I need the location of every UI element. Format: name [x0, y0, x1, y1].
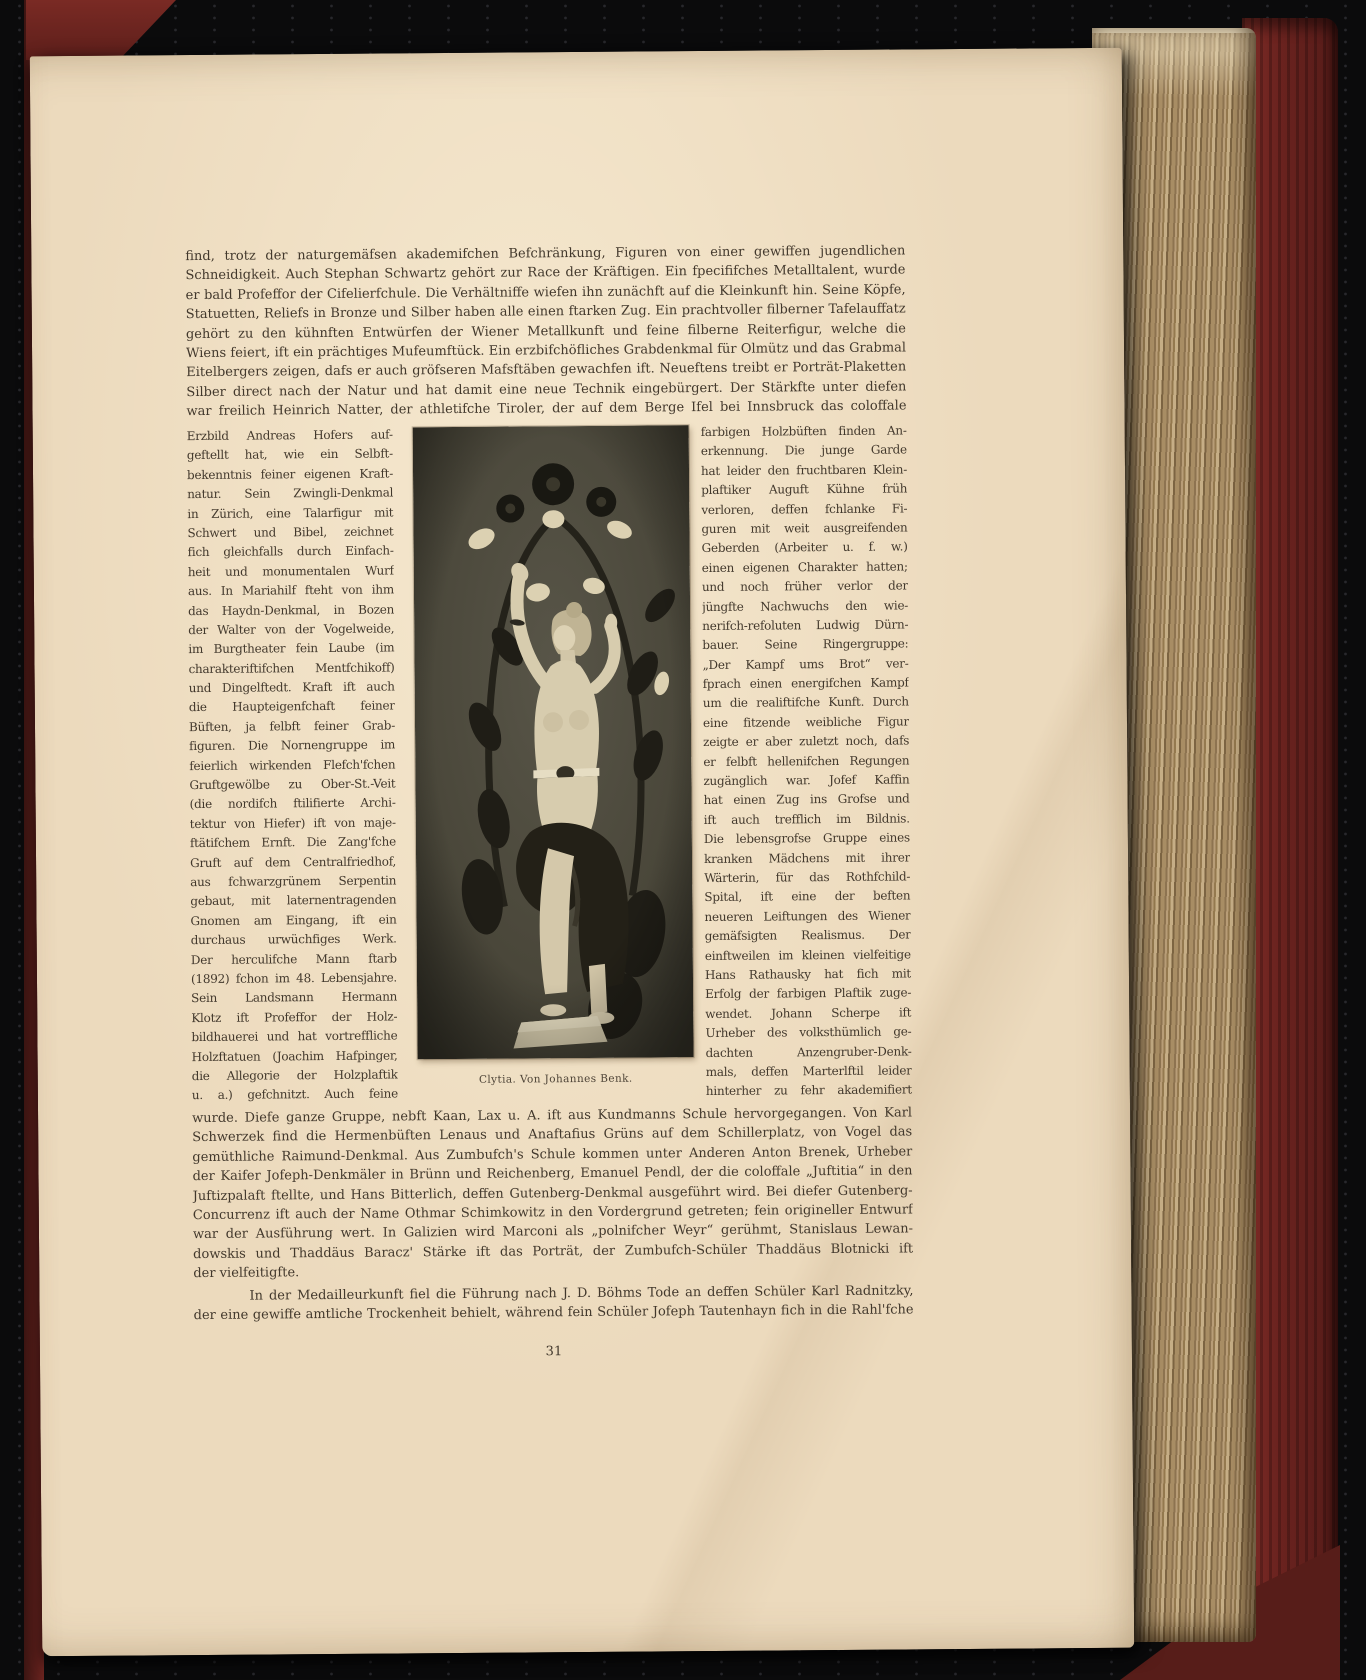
text-line: Urheber des volksthümlich ge- [705, 1023, 911, 1044]
text-line: nerifch-refoluten Ludwig Dürn- [702, 615, 908, 636]
clytia-statue-photo [413, 425, 694, 1059]
text-line: fprach einen energifchen Kampf [703, 674, 909, 695]
text-line: das Haydn-Denkmal, in Bozen [188, 600, 394, 621]
text-line: Hans Rathausky hat fich mit [705, 964, 911, 985]
figure-caption: Clytia. Von Johannes Benk. [418, 1072, 694, 1086]
text-line: erkennung. Die junge Garde [701, 441, 907, 462]
text-line: guren mit weit ausgreifenden [701, 518, 907, 539]
text-line: Holzftatuen (Joachim Hafpinger, [192, 1046, 398, 1067]
text-line: mals, deffen Marterlftil leider [706, 1061, 912, 1082]
text-line: aus fchwarzgrünem Serpentin [190, 871, 396, 892]
text-line: um die realiftifche Kunft. Durch [703, 693, 909, 714]
text-line: jüngfte Nachwuchs den wie- [702, 596, 908, 617]
text-line: Büften, ja felbft feiner Grab- [189, 716, 395, 737]
text-line: er felbft hellenifchen Regungen [703, 751, 909, 772]
text-line: feierlich wirkenden Flefch'fchen [189, 755, 395, 776]
text-line: Spital, ift eine der beften [704, 887, 910, 908]
text-line: u. a.) gefchnitzt. Auch feine [192, 1085, 398, 1106]
text-line: gebaut, mit laternentragenden [190, 891, 396, 912]
text-line: bekenntnis feiner eigenen Kraft- [187, 464, 393, 485]
text-line: charakteriftifchen Mentfchikoff) [188, 658, 394, 679]
text-line: gemäfsigten Realismus. Der [705, 926, 911, 947]
statue-figure: Clytia. Von Johannes Benk. [413, 425, 694, 1086]
text-line: eine fitzende weibliche Figur [703, 712, 909, 733]
text-line: einftweilen im kleinen vielfeitige [705, 945, 911, 966]
text-line: geftellt hat, wie ein Selbft- [187, 445, 393, 466]
text-line: aus. In Mariahilf fteht von ihm [188, 581, 394, 602]
text-line: Die lebensgrofse Gruppe eines [704, 829, 910, 850]
text-line: einen eigenen Charakter hatten; [702, 557, 908, 578]
text-line: und Dingelftedt. Kraft ift auch [189, 678, 395, 699]
book-cover-right [1242, 18, 1338, 1680]
text-line: figuren. Die Nornengruppe im [189, 736, 395, 757]
book-cover-top-left-corner [26, 0, 176, 60]
text-line: und noch früher verlor der [702, 577, 908, 598]
text-line: durchaus urwüchfiges Werk. [191, 930, 397, 951]
text-line: die Allegorie der Holzplaftik [192, 1065, 398, 1086]
text-line: Schwert und Bibel, zeichnet [187, 522, 393, 543]
right-text-column: farbigen Holzbüften finden An-erkennung.… [701, 421, 912, 1101]
text-line: tektur von Hiefer) ift von maje- [190, 813, 396, 834]
text-line: im Burgtheater fein Laube (im [188, 639, 394, 660]
text-line: ift auch trefflich im Bildnis. [704, 809, 910, 830]
left-text-column: Erzbild Andreas Hofers auf-geftellt hat,… [187, 425, 398, 1105]
text-line: der Walter von der Vogelweide, [188, 619, 394, 640]
text-line: neueren Leiftungen des Wiener [704, 906, 910, 927]
text-line: wendet. Johann Scherpe ift [705, 1003, 911, 1024]
text-line: fich gleichfalls durch Einfach- [188, 542, 394, 563]
text-line: dachten Anzengruber-Denk- [706, 1042, 912, 1063]
text-line: hat einen Zug ins Grofse und [704, 790, 910, 811]
text-line: (1892) fchon im 48. Lebensjahre. [191, 968, 397, 989]
second-paragraph: In der Medailleurkunft fiel die Führung … [193, 1281, 913, 1325]
book-page: find, trotz der naturgemäfsen akademifch… [30, 48, 1135, 1657]
text-line: Der herculifche Mann ftarb [191, 949, 397, 970]
text-line: kranken Mädchens mit ihrer [704, 848, 910, 869]
text-line: „Der Kampf ums Brot“ ver- [702, 654, 908, 675]
text-line: hinterher zu fehr akademifiert [706, 1081, 912, 1102]
text-line: in Zürich, eine Talarfigur mit [187, 503, 393, 524]
text-line: farbigen Holzbüften finden An- [701, 421, 907, 442]
text-line: heit und monumentalen Wurf [188, 561, 394, 582]
text-line: die Haupteigenfchaft feiner [189, 697, 395, 718]
text-line: Geberden (Arbeiter u. f. w.) [702, 538, 908, 559]
text-line: Erzbild Andreas Hofers auf- [187, 425, 393, 446]
text-line: plaftiker Auguft Kühne früh [701, 480, 907, 501]
bottom-paragraph: wurde. Diefe ganze Gruppe, nebft Kaan, L… [192, 1103, 913, 1283]
text-line: Wärterin, für das Rothfchild- [704, 867, 910, 888]
text-line: Gruftgewölbe zu Ober-St.-Veit [189, 774, 395, 795]
text-line: zugänglich war. Jofef Kaffin [703, 770, 909, 791]
text-line: Gruft auf dem Centralfriedhof, [190, 852, 396, 873]
text-line: bildhauerei und hat vortreffliche [191, 1027, 397, 1048]
text-line: Sein Landsmann Hermann [191, 988, 397, 1009]
photograph-backdrop: find, trotz der naturgemäfsen akademifch… [0, 0, 1366, 1680]
text-line: bauer. Seine Ringergruppe: [702, 635, 908, 656]
text-line: hat leider den fruchtbaren Klein- [701, 460, 907, 481]
page-number: 31 [194, 1341, 914, 1362]
text-line: verloren, deffen fchlanke Fi- [701, 499, 907, 520]
text-line: Klotz ift Profeffor der Holz- [191, 1007, 397, 1028]
text-line: zeigte er aber zuletzt noch, dafs [703, 732, 909, 753]
text-line: Gnomen am Eingang, ift ein [190, 910, 396, 931]
text-line: (die nordifch ftilifierte Archi- [190, 794, 396, 815]
top-paragraph: find, trotz der naturgemäfsen akademifch… [185, 241, 906, 421]
text-line: Erfolg der farbigen Plaftik zuge- [705, 984, 911, 1005]
text-line: ftätifchem Ernft. Die Zang'fche [190, 833, 396, 854]
text-line: natur. Sein Zwingli-Denkmal [187, 484, 393, 505]
